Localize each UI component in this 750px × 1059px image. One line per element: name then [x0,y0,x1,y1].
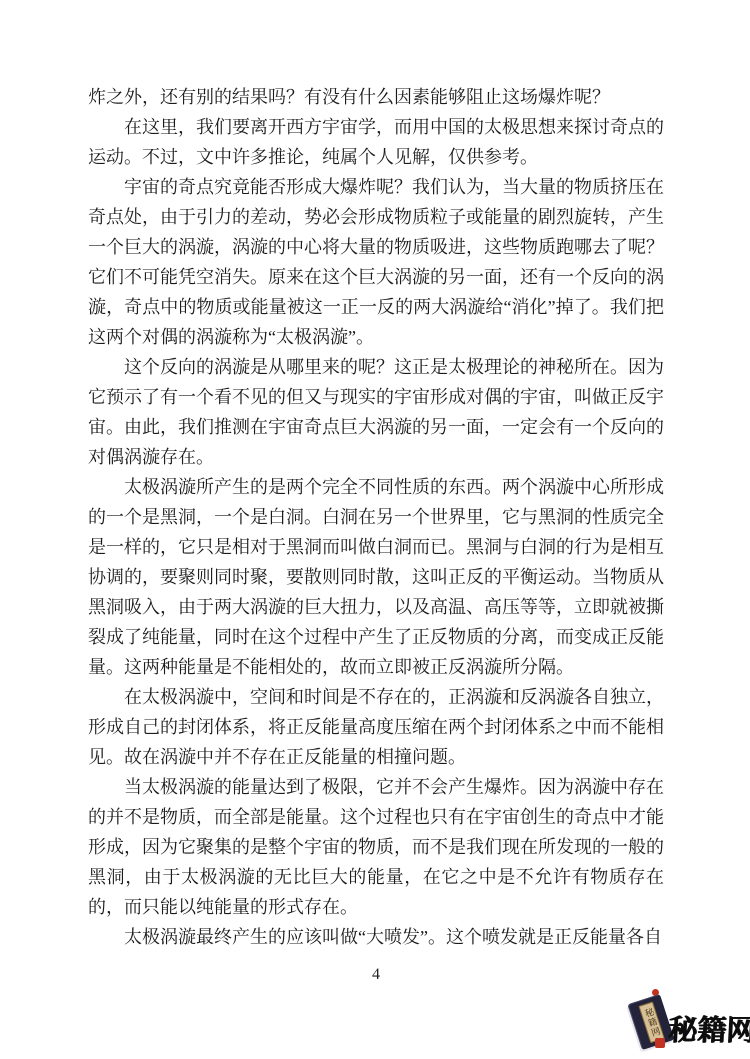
body-text: 炸之外，还有别的结果吗？有没有什么因素能够阻止这场爆炸呢？在这里，我们要离开西方… [88,82,664,952]
paragraph: 在太极涡漩中，空间和时间是不存在的，正涡漩和反涡漩各自独立，形成自己的封闭体系，… [88,682,664,772]
paragraph: 太极涡漩所产生的是两个完全不同性质的东西。两个涡漩中心所形成的一个是黑洞，一个是… [88,472,664,682]
mijiwang-watermark: 秘籍网 秘籍网 [628,985,750,1059]
watermark-site-name: 秘籍网 [667,1015,750,1047]
scanned-book-page: 炸之外，还有别的结果吗？有没有什么因素能够阻止这场爆炸呢？在这里，我们要离开西方… [0,0,750,1059]
paragraph: 当太极涡漩的能量达到了极限，它并不会产生爆炸。因为涡漩中存在的并不是物质，而全部… [88,772,664,922]
paragraph: 太极涡漩最终产生的应该叫做“大喷发”。这个喷发就是正反能量各自 [88,922,664,952]
paragraph: 这个反向的涡漩是从哪里来的呢？这正是太极理论的神秘所在。因为它预示了有一个看不见… [88,352,664,472]
page-number: 4 [88,966,664,984]
book-spine-label: 秘籍网 [638,1001,664,1043]
red-seal-icon [655,1038,665,1048]
paragraph: 炸之外，还有别的结果吗？有没有什么因素能够阻止这场爆炸呢？ [88,82,664,112]
paragraph: 宇宙的奇点究竟能否形成大爆炸呢？我们认为，当大量的物质挤压在奇点处，由于引力的差… [88,172,664,352]
paragraph: 在这里，我们要离开西方宇宙学，而用中国的太极思想来探讨奇点的运动。不过，文中许多… [88,112,664,172]
